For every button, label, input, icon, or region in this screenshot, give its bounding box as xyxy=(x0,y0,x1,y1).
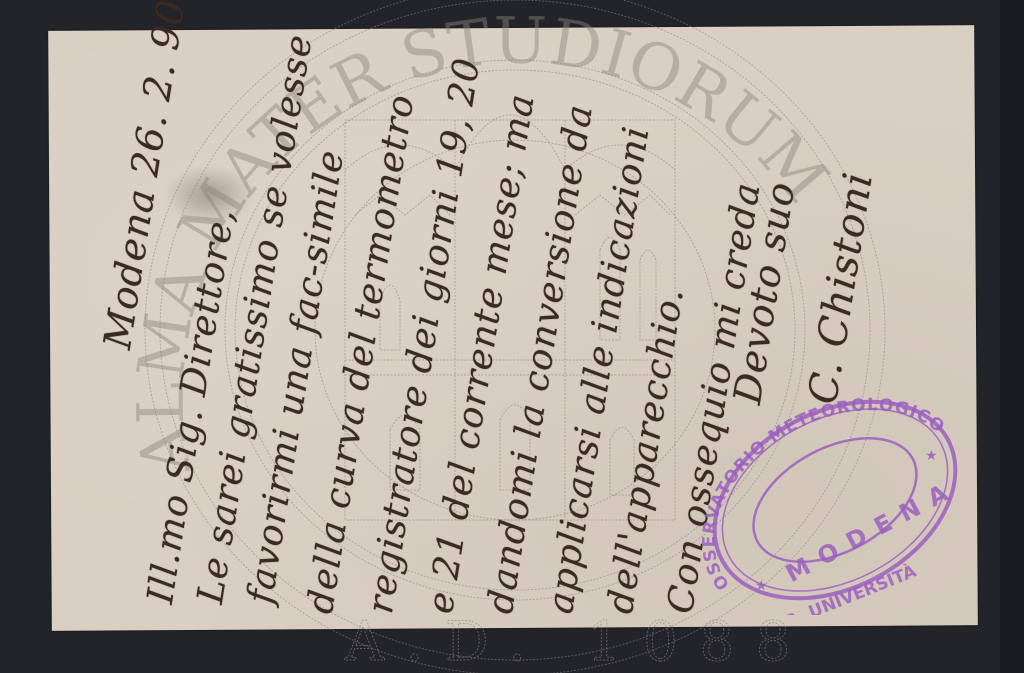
seal-ring-text-bottom: A.D. 1088 xyxy=(344,610,812,673)
star-icon: ★ xyxy=(755,578,768,594)
star-icon: ★ xyxy=(925,448,938,464)
stamp-center-text: MODENA xyxy=(781,473,963,588)
observatory-stamp: OSSERVATORIO METEOROLOGICO MODENA R. UNI… xyxy=(700,385,970,615)
